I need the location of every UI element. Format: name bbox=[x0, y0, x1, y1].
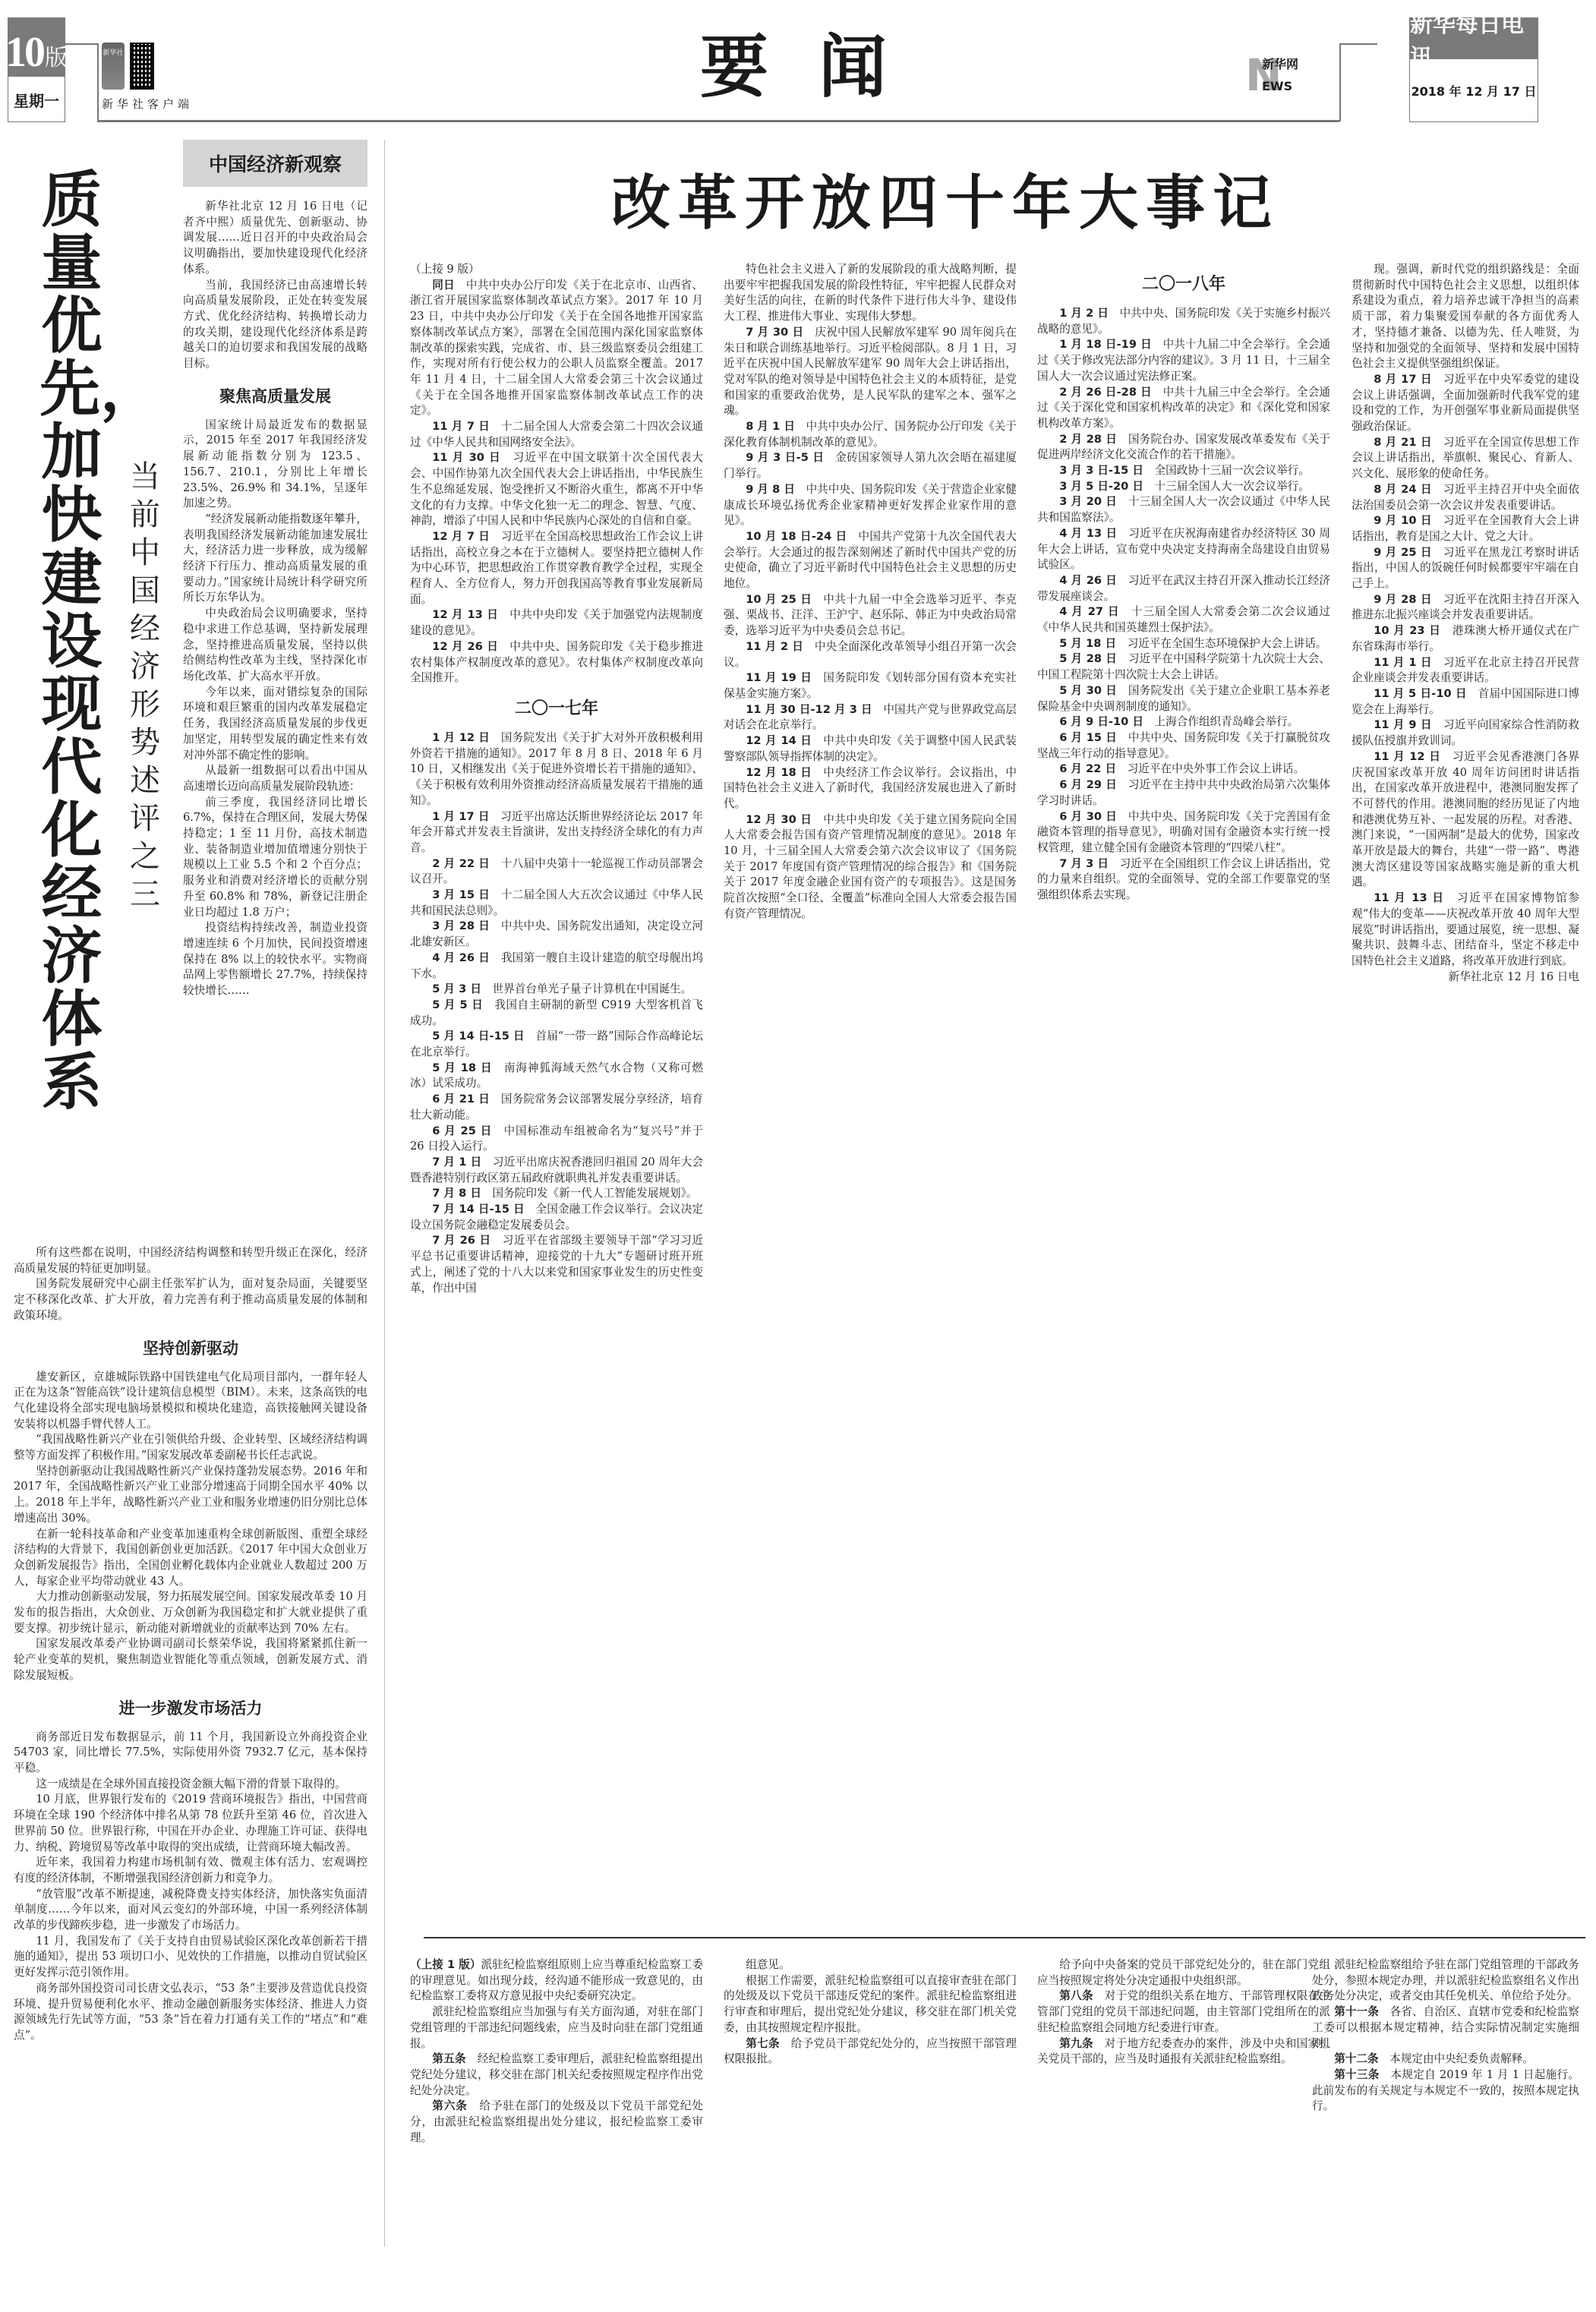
timeline-entry: 2 月 28 日 国务院台办、国家发展改革委发布《关于促进两岸经济文化交流合作的… bbox=[1037, 432, 1330, 463]
timeline-entry: 同日 中共中央办公厅印发《关于在北京市、山西省、浙江省开展国家监察体制改革试点方… bbox=[410, 278, 703, 419]
entry-date: 8 月 1 日 bbox=[746, 420, 806, 433]
article-label: 第六条 bbox=[432, 2099, 479, 2112]
entry-date: 5 月 5 日 bbox=[432, 998, 494, 1011]
entry-date: 11 月 30 日 bbox=[432, 451, 513, 464]
feature-subtitle: 当前中国经济形势述评之三 bbox=[128, 458, 162, 913]
timeline-entry: 10 月 18 日-24 日 中国共产党第十九次全国代表大会举行。大会通过的报告… bbox=[724, 529, 1017, 592]
entry-date: 6 月 15 日 bbox=[1059, 731, 1128, 744]
regulation-column-3: 给予向中央备案的党员干部党纪处分的，驻在部门党组应当按照规定将处分决定通报中央组… bbox=[1037, 1957, 1330, 2307]
paragraph: 国家统计局最近发布的数据显示，2015 年至 2017 年我国经济发展新动能指数… bbox=[183, 418, 367, 512]
timeline-entry: 5 月 14 日-15 日 首届“一带一路”国际合作高峰论坛在北京举行。 bbox=[410, 1029, 703, 1060]
timeline-entry: 12 月 7 日 习近平在全国高校思想政治工作会议上讲话指出，高校立身之本在于立… bbox=[410, 529, 703, 608]
entry-date: 6 月 30 日 bbox=[1059, 810, 1128, 823]
entry-date: 6 月 21 日 bbox=[432, 1093, 501, 1106]
timeline-entry: 11 月 5 日-10 日 首届中国国际进口博览会在上海举行。 bbox=[1352, 686, 1579, 718]
timeline-headline: 改革开放四十年大事记 bbox=[471, 166, 1420, 241]
timeline-entry: 9 月 28 日 习近平在沈阳主持召开深入推进东北振兴座谈会并发表重要讲话。 bbox=[1352, 592, 1579, 623]
entry-date: 5 月 3 日 bbox=[432, 983, 492, 995]
feature-subhead: 聚焦高质量发展 bbox=[183, 386, 367, 407]
entry-date: 9 月 3 日-5 日 bbox=[746, 451, 835, 464]
timeline-entry: 9 月 3 日-5 日 金砖国家领导人第九次会晤在福建厦门举行。 bbox=[724, 450, 1017, 481]
entry-date: 11 月 12 日 bbox=[1374, 750, 1452, 763]
timeline-entry: 12 月 13 日 中共中央印发《关于加强党内法规制度建设的意见》。 bbox=[410, 607, 703, 639]
timeline-column-1: （上接 9 版） 同日 中共中央办公厅印发《关于在北京市、山西省、浙江省开展国家… bbox=[410, 262, 703, 1894]
paragraph: 在新一轮科技革命和产业变革加速重构全球创新版图、重塑全球经济结构的大背景下，我国… bbox=[14, 1527, 367, 1590]
paper-name: 新华每日电讯 bbox=[1410, 18, 1538, 59]
timeline-entry: 6 月 22 日 习近平在中央外事工作会议上讲话。 bbox=[1037, 762, 1330, 778]
entry-date: 4 月 26 日 bbox=[1059, 574, 1128, 587]
timeline-entry: 特色社会主义进入了新的发展阶段的重大战略判断，提出要牢牢把握我国发展的阶段性特征… bbox=[724, 262, 1017, 325]
paragraph: 国家发展改革委产业协调司副司长蔡荣华说，我国将紧紧抓住新一轮产业变革的契机，聚焦… bbox=[14, 1636, 367, 1683]
article-label: 第十三条 bbox=[1334, 2068, 1390, 2081]
timeline-entry: 5 月 30 日 国务院发出《关于建立企业职工基本养老保险基金中央调剂制度的通知… bbox=[1037, 683, 1330, 714]
entry-date: 9 月 10 日 bbox=[1374, 514, 1443, 527]
paragraph: 雄安新区，京雄城际铁路中国铁建电气化局项目部内，一群年轻人正在为这条“智能高铁”… bbox=[14, 1370, 367, 1433]
weekday: 星期一 bbox=[8, 77, 65, 122]
paragraph: 前三季度，我国经济同比增长 6.7%，保持在合理区间，发展大势保持稳定；1 至 … bbox=[183, 795, 367, 921]
entry-date: 9 月 28 日 bbox=[1374, 593, 1443, 606]
section-divider bbox=[424, 1937, 1585, 1938]
entry-date: 11 月 19 日 bbox=[746, 671, 823, 684]
timeline-entry: 5 月 3 日 世界首台单光子量子计算机在中国诞生。 bbox=[410, 982, 703, 998]
timeline-entry: 12 月 14 日 中共中央印发《关于调整中国人民武装警察部队领导指挥体制的决定… bbox=[724, 733, 1017, 765]
paragraph: 派驻纪检监察组给予驻在部门党组管理的干部政务处分，参照本规定办理，并以派驻纪检监… bbox=[1312, 1957, 1579, 2004]
entry-text: 上海合作组织青岛峰会举行。 bbox=[1155, 715, 1299, 728]
timeline-entry: 11 月 9 日 习近平向国家综合性消防救援队伍授旗并致训词。 bbox=[1352, 718, 1579, 749]
timeline-entry: 11 月 30 日-12 月 3 日 中国共产党与世界政党高层对话会在北京举行。 bbox=[724, 702, 1017, 733]
entry-date: 9 月 25 日 bbox=[1374, 546, 1443, 559]
paragraph: “经济发展新动能指数逐年攀升，表明我国经济发展新动能加速发展壮大，经济活力进一步… bbox=[183, 512, 367, 606]
timeline-entry: 7 月 1 日 习近平出席庆祝香港回归祖国 20 周年大会暨香港特别行政区第五届… bbox=[410, 1155, 703, 1186]
timeline-entry: 10 月 25 日 中共十九届一中全会选举习近平、李克强、栗战书、汪洋、王沪宁、… bbox=[724, 592, 1017, 639]
timeline-entry: 3 月 15 日 十二届全国人大五次会议通过《中华人民共和国民法总则》。 bbox=[410, 888, 703, 919]
timeline-entry: 3 月 28 日 中共中央、国务院发出通知，决定设立河北雄安新区。 bbox=[410, 919, 703, 950]
timeline-entry: 6 月 15 日 中共中央、国务院印发《关于打赢脱贫攻坚战三年行动的指导意见》。 bbox=[1037, 730, 1330, 762]
timeline-entry: 4 月 26 日 习近平在武汉主持召开深入推动长江经济带发展座谈会。 bbox=[1037, 573, 1330, 604]
xinhua-app-logo-icon: 新华社 bbox=[102, 43, 125, 90]
timeline-entry: 11 月 7 日 十二届全国人大常委会第二十四次会议通过《中华人民共和国网络安全… bbox=[410, 419, 703, 450]
entry-date: 3 月 5 日-20 日 bbox=[1059, 480, 1154, 493]
entry-date: 7 月 14 日-15 日 bbox=[432, 1203, 535, 1216]
entry-date: 1 月 18 日-19 日 bbox=[1059, 338, 1162, 351]
feature-subhead: 进一步激发市场活力 bbox=[14, 1698, 367, 1719]
timeline-entry: 11 月 13 日 习近平在国家博物馆参观“伟大的变革——庆祝改革开放 40 周… bbox=[1352, 891, 1579, 970]
entry-date: 11 月 30 日-12 月 3 日 bbox=[746, 703, 883, 716]
feature-column-wide: 所有这些都在说明，中国经济结构调整和转型升级正在深化，经济高质量发展的特征更加明… bbox=[14, 1245, 367, 2308]
qr-code-icon bbox=[130, 43, 154, 90]
entry-date: 7 月 1 日 bbox=[432, 1156, 493, 1169]
timeline-entry: 2 月 26 日-28 日 中共十九届三中全会举行。全会通过《关于深化党和国家机… bbox=[1037, 385, 1330, 432]
timeline-entry: 4 月 13 日 习近平在庆祝海南建省办经济特区 30 周年大会上讲话，宣布党中… bbox=[1037, 526, 1330, 573]
entry-text: 十三届全国人大一次会议举行。 bbox=[1155, 480, 1310, 493]
timeline-entry: 10 月 23 日 港珠澳大桥开通仪式在广东省珠海市举行。 bbox=[1352, 623, 1579, 654]
timeline-entry: 1 月 12 日 国务院发出《关于扩大对外开放积极利用外资若干措施的通知》。20… bbox=[410, 730, 703, 809]
app-logo-text: 新华社 bbox=[103, 49, 123, 57]
year-heading: 二〇一七年 bbox=[410, 699, 703, 720]
entry-date: 6 月 29 日 bbox=[1059, 778, 1128, 791]
paragraph: 第五条 经纪检监察工委审理后，派驻纪检监察组提出党纪处分建议，移交驻在部门机关纪… bbox=[410, 2052, 703, 2099]
entry-date: 1 月 17 日 bbox=[432, 810, 500, 823]
entry-date: 11 月 7 日 bbox=[432, 420, 501, 433]
entry-date: 11 月 2 日 bbox=[746, 640, 815, 653]
entry-date: 5 月 30 日 bbox=[1059, 684, 1128, 697]
entry-date: 5 月 14 日-15 日 bbox=[432, 1030, 535, 1042]
entry-date: 5 月 28 日 bbox=[1059, 652, 1128, 665]
entry-text: 习近平在中央外事工作会议上讲话。 bbox=[1128, 762, 1305, 775]
timeline-column-3: 二〇一八年 1 月 2 日 中共中央、国务院印发《关于实施乡村振兴战略的意见》。… bbox=[1037, 262, 1330, 1894]
entry-text: 组意见。 bbox=[746, 1958, 790, 1971]
paragraph: 近年来，我国着力构建市场机制有效、微观主体有活力、宏观调控有度的经济体制，不断增… bbox=[14, 1855, 367, 1886]
feature-lead: 新华社北京 12 月 16 日电（记者齐中熙）质量优先、创新驱动、协调发展……近… bbox=[183, 199, 367, 278]
entry-date: 11 月 1 日 bbox=[1374, 656, 1443, 669]
timeline-entry: 11 月 1 日 习近平在北京主持召开民营企业座谈会并发表重要讲话。 bbox=[1352, 655, 1579, 686]
entry-date: 8 月 17 日 bbox=[1374, 373, 1443, 386]
paragraph: 这一成绩是在全球外国直接投资金额大幅下滑的背景下取得的。 bbox=[14, 1777, 367, 1793]
timeline-entry: 9 月 10 日 习近平在全国教育大会上讲话指出，教育是国之大计、党之大计。 bbox=[1352, 513, 1579, 544]
entry-date: 7 月 8 日 bbox=[432, 1187, 492, 1200]
edition-number-value: 10 bbox=[5, 31, 43, 74]
timeline-entry: 12 月 18 日 中央经济工作会议举行。会议指出，中国特色社会主义进入了新时代… bbox=[724, 765, 1017, 812]
entry-date: 12 月 18 日 bbox=[746, 766, 823, 779]
feature-column-narrow: 新华社北京 12 月 16 日电（记者齐中熙）质量优先、创新驱动、协调发展……近… bbox=[183, 199, 367, 1232]
article-label: 第八条 bbox=[1059, 1989, 1105, 2002]
paragraph: 所有这些都在说明，中国经济结构调整和转型升级正在深化，经济高质量发展的特征更加明… bbox=[14, 1245, 367, 1276]
entry-date: 12 月 7 日 bbox=[432, 530, 501, 543]
paper-box: 新华每日电讯 2018 年 12 月 17 日 bbox=[1409, 17, 1538, 122]
timeline-entry: 6 月 25 日 中国标准动车组被命名为“复兴号”并于 26 日投入运行。 bbox=[410, 1124, 703, 1155]
timeline-entry: 5 月 18 日 南海神狐海域天然气水合物（又称可燃冰）试采成功。 bbox=[410, 1061, 703, 1092]
regulation-column-1: （上接 1 版）派驻纪检监察组原则上应当尊重纪检监察工委的审理意见。如出现分歧，… bbox=[410, 1957, 703, 2307]
paragraph: 第十一条 各省、自治区、直辖市党委和纪检监察工委可以根据本规定精神，结合实际情况… bbox=[1312, 2004, 1579, 2052]
timeline-entry: 7 月 26 日 习近平在省部级主要领导干部“学习习近平总书记重要讲话精神，迎接… bbox=[410, 1233, 703, 1296]
paragraph: 第十三条 本规定自 2019 年 1 月 1 日起施行。此前发布的有关规定与本规… bbox=[1312, 2068, 1579, 2115]
entry-text: 现。强调，新时代党的组织路线是：全面贯彻新时代中国特色社会主义思想，以组织体系建… bbox=[1352, 263, 1579, 370]
article-label: 第九条 bbox=[1059, 2037, 1105, 2050]
paragraph: “放管服”改革不断提速，减税降费支持实体经济，加快落实负面清单制度……今年以来，… bbox=[14, 1887, 367, 1934]
paragraph: 商务部近日发布数据显示，前 11 个月，我国新设立外商投资企业 54703 家，… bbox=[14, 1730, 367, 1777]
entry-date: 11 月 5 日-10 日 bbox=[1374, 687, 1478, 700]
entry-date: 6 月 25 日 bbox=[432, 1124, 503, 1137]
paragraph: 第六条 给予驻在部门的处级及以下党员干部党纪处分，由派驻纪检监察组提出处分建议，… bbox=[410, 2099, 703, 2146]
article-label: 第十二条 bbox=[1334, 2052, 1389, 2065]
masthead-rule bbox=[1339, 43, 1377, 45]
logo-cn: 新华网 bbox=[1262, 55, 1298, 72]
paragraph: 投资结构持续改善，制造业投资增速连续 6 个月加快，民间投资增速保持在 8% 以… bbox=[183, 920, 367, 999]
app-caption: 新华社客户端 bbox=[102, 96, 193, 112]
paragraph: 大力推动创新驱动发展，努力拓展发展空间。国家发展改革委 10 月发布的报告指出，… bbox=[14, 1589, 367, 1636]
timeline-entry: 1 月 17 日 习近平出席达沃斯世界经济论坛 2017 年年会开幕式并发表主旨… bbox=[410, 809, 703, 856]
timeline-entry: 5 月 28 日 习近平在中国科学院第十九次院士大会、中国工程院第十四次院士大会… bbox=[1037, 651, 1330, 683]
paragraph: 派驻纪检监察组应当加强与有关方面沟通，对驻在部门党组管理的干部违纪问题线索，应当… bbox=[410, 2004, 703, 2052]
entry-date: 4 月 27 日 bbox=[1059, 605, 1131, 618]
year-heading: 二〇一八年 bbox=[1037, 274, 1330, 295]
regulation-column-2: 组意见。根据工作需要，派驻纪检监察组可以直接审查驻在部门的处级及以下党员干部违反… bbox=[724, 1957, 1017, 2307]
entry-date: 12 月 14 日 bbox=[746, 734, 823, 747]
section-title: 要 bbox=[700, 29, 768, 105]
timeline-entry: 11 月 30 日 习近平在中国文联第十次全国代表大会、中国作协第九次全国代表大… bbox=[410, 450, 703, 529]
paragraph: 第十二条 本规定由中央纪委负责解释。 bbox=[1312, 2052, 1579, 2068]
paragraph: 第七条 给予党员干部党纪处分的，应当按照干部管理权限报批。 bbox=[724, 2036, 1017, 2068]
timeline-entry: 8 月 17 日 习近平在中央军委党的建设会议上讲话强调，全面加强新时代我军党的… bbox=[1352, 372, 1579, 435]
entry-date: 1 月 12 日 bbox=[432, 731, 501, 744]
entry-date: 8 月 21 日 bbox=[1374, 436, 1443, 449]
article-label: 第七条 bbox=[746, 2037, 791, 2050]
timeline-entry: 3 月 20 日 十三届全国人大一次会议通过《中华人民共和国监察法》。 bbox=[1037, 494, 1330, 525]
timeline-entry: 新华社北京 12 月 16 日电 bbox=[1352, 970, 1579, 986]
entry-date: 10 月 18 日-24 日 bbox=[746, 530, 858, 543]
entry-date: 5 月 18 日 bbox=[432, 1061, 504, 1074]
timeline-entry: 4 月 27 日 十三届全国人大常委会第二次会议通过《中华人民共和国英雄烈士保护… bbox=[1037, 604, 1330, 636]
timeline-entry: 2 月 22 日 十八届中央第十一轮巡视工作动员部署会议召开。 bbox=[410, 856, 703, 888]
edition-box: 10 版 星期一 bbox=[8, 17, 65, 122]
regulation-column-4: 派驻纪检监察组给予驻在部门党组管理的干部政务处分，参照本规定办理，并以派驻纪检监… bbox=[1312, 1957, 1579, 2307]
entry-text: 派驻纪检监察组给予驻在部门党组管理的干部政务处分，参照本规定办理，并以派驻纪检监… bbox=[1312, 1958, 1579, 2002]
entry-text: 国务院印发《新一代人工智能发展规划》。 bbox=[493, 1187, 698, 1200]
entry-date: 1 月 2 日 bbox=[1059, 307, 1119, 320]
entry-text: 世界首台单光子量子计算机在中国诞生。 bbox=[493, 983, 692, 995]
paragraph: 11 月，我国发布了《关于支持自由贸易试验区深化改革创新若干措施的通知》，提出 … bbox=[14, 1934, 367, 1981]
timeline-column-2: 特色社会主义进入了新的发展阶段的重大战略判断，提出要牢牢把握我国发展的阶段性特征… bbox=[724, 262, 1017, 1894]
timeline-entry: 8 月 24 日 习近平主持召开中央全面依法治国委员会第一次会议并发表重要讲话。 bbox=[1352, 482, 1579, 513]
logo-en: EWS bbox=[1262, 79, 1292, 93]
paragraph: 第八条 对于党的组织关系在地方、干部管理权限在主管部门党组的党员干部违纪问题，由… bbox=[1037, 1989, 1330, 2036]
entry-date: 9 月 8 日 bbox=[746, 483, 806, 496]
column-divider bbox=[384, 140, 385, 2247]
entry-date: 11 月 13 日 bbox=[1374, 891, 1457, 904]
timeline-entry: 12 月 26 日 中共中央、国务院印发《关于稳步推进农村集体产权制度改革的意见… bbox=[410, 639, 703, 686]
timeline-entry: 12 月 30 日 中共中央印发《关于建立国务院向全国人大常委会报告国有资产管理… bbox=[724, 812, 1017, 923]
entry-text: 庆祝中国人民解放军建军 90 周年阅兵在朱日和联合训练基地举行。习近平检阅部队。… bbox=[724, 326, 1017, 418]
paragraph: 从最新一组数据可以看出中国从高速增长迈向高质量发展阶段轨迹： bbox=[183, 763, 367, 794]
paragraph: 商务部外国投资司司长唐文弘表示，“53 条”主要涉及营造优良投资环境、提升贸易便… bbox=[14, 1981, 367, 2044]
entry-text: 中共中央印发《关于建立国务院向全国人大常委会报告国有资产管理情况制度的意见》。2… bbox=[724, 813, 1017, 920]
timeline-entry: 6 月 29 日 习近平在主持中共中央政治局第六次集体学习时讲话。 bbox=[1037, 778, 1330, 809]
timeline-entry: 8 月 1 日 中共中央办公厅、国务院办公厅印发《关于深化教育体制机制改革的意见… bbox=[724, 419, 1017, 450]
timeline-entry: 3 月 5 日-20 日 十三届全国人大一次会议举行。 bbox=[1037, 479, 1330, 495]
timeline-entry: 9 月 25 日 习近平在黑龙江考察时讲话指出，中国人的饭碗任何时候都要牢牢端在… bbox=[1352, 545, 1579, 592]
timeline-entry: 7 月 30 日 庆祝中国人民解放军建军 90 周年阅兵在朱日和联合训练基地举行… bbox=[724, 325, 1017, 419]
timeline-column-4: 现。强调，新时代党的组织路线是：全面贯彻新时代中国特色社会主义思想，以组织体系建… bbox=[1352, 262, 1579, 1894]
timeline-entry: 7 月 3 日 习近平在全国组织工作会议上讲话指出，党的力量来自组织。党的全面领… bbox=[1037, 856, 1330, 904]
entry-date: 11 月 9 日 bbox=[1374, 718, 1443, 731]
timeline-entry: 6 月 30 日 中共中央、国务院印发《关于完善国有金融资本管理的指导意见》，明… bbox=[1037, 809, 1330, 856]
entry-date: 2 月 26 日-28 日 bbox=[1059, 386, 1162, 399]
entry-text: 中共中央办公厅印发《关于在北京市、山西省、浙江省开展国家监察体制改革试点方案》。… bbox=[410, 279, 703, 418]
paragraph: 组意见。 bbox=[724, 1957, 1017, 1973]
timeline-entry: 现。强调，新时代党的组织路线是：全面贯彻新时代中国特色社会主义思想，以组织体系建… bbox=[1352, 262, 1579, 372]
entry-date: 7 月 3 日 bbox=[1059, 857, 1119, 870]
article-label: 第十一条 bbox=[1334, 2005, 1389, 2018]
entry-date: 2 月 28 日 bbox=[1059, 433, 1128, 446]
continued-from: （上接 1 版） bbox=[410, 1958, 481, 1971]
paragraph: 国务院发展研究中心副主任张军扩认为，面对复杂局面，关键要坚定不移深化改革、扩大开… bbox=[14, 1276, 367, 1323]
timeline-entry: 4 月 26 日 我国第一艘自主设计建造的航空母舰出坞下水。 bbox=[410, 951, 703, 982]
article-label: 第五条 bbox=[432, 2052, 478, 2065]
entry-date: 6 月 22 日 bbox=[1059, 762, 1128, 775]
timeline-entry: 3 月 3 日-15 日 全国政协十三届一次会议举行。 bbox=[1037, 463, 1330, 479]
masthead-rule bbox=[65, 43, 97, 45]
entry-text: 给予向中央备案的党员干部党纪处分的，驻在部门党组应当按照规定将处分决定通报中央组… bbox=[1037, 1958, 1330, 1987]
entry-date: 10 月 25 日 bbox=[746, 593, 823, 606]
entry-date: 3 月 3 日-15 日 bbox=[1059, 464, 1154, 477]
entry-date: 同日 bbox=[432, 279, 466, 292]
entry-text: 特色社会主义进入了新的发展阶段的重大战略判断，提出要牢牢把握我国发展的阶段性特征… bbox=[724, 263, 1017, 323]
paragraph: 当前，我国经济已由高速增长转向高质量发展阶段，正处在转变发展方式、优化经济结构、… bbox=[183, 278, 367, 372]
timeline-entry: 9 月 8 日 中共中央、国务院印发《关于营造企业家健康成长环境弘扬优秀企业家精… bbox=[724, 482, 1017, 529]
entry-date: 2 月 22 日 bbox=[432, 857, 501, 870]
paragraph: “我国战略性新兴产业在引领供给升级、企业转型、区域经济结构调整等方面发挥了积极作… bbox=[14, 1432, 367, 1463]
masthead-rule bbox=[97, 43, 99, 121]
entry-date: 12 月 26 日 bbox=[432, 640, 509, 653]
timeline-entry: 6 月 9 日-10 日 上海合作组织青岛峰会举行。 bbox=[1037, 714, 1330, 730]
entry-text: 习近平会见香港澳门各界庆祝国家改革开放 40 周年访问团时讲话指出，在国家改革开… bbox=[1352, 750, 1579, 889]
paragraph: 第九条 对于地方纪委查办的案件，涉及中央和国家机关党员干部的，应当及时通报有关派… bbox=[1037, 2036, 1330, 2068]
edition-suffix: 版 bbox=[45, 43, 68, 74]
entry-date: 6 月 9 日-10 日 bbox=[1059, 715, 1154, 728]
entry-text: 习近平在全国生态环境保护大会上讲话。 bbox=[1128, 637, 1327, 650]
timeline-entry: 11 月 2 日 中央全面深化改革领导小组召开第一次会议。 bbox=[724, 639, 1017, 670]
continued-from: （上接 9 版） bbox=[410, 262, 703, 278]
entry-date: 12 月 13 日 bbox=[432, 608, 509, 621]
entry-date: 10 月 23 日 bbox=[1374, 624, 1452, 637]
timeline-entry: 7 月 14 日-15 日 全国金融工作会议举行。会议决定设立国务院金融稳定发展… bbox=[410, 1202, 703, 1233]
entry-date: 3 月 28 日 bbox=[432, 919, 501, 932]
entry-date: 4 月 13 日 bbox=[1059, 527, 1128, 540]
entry-date: 4 月 26 日 bbox=[432, 951, 501, 964]
column-kicker: 中国经济新观察 bbox=[183, 140, 367, 187]
masthead-rule bbox=[1339, 43, 1341, 121]
entry-text: 根据工作需要，派驻纪检监察组可以直接审查驻在部门的处级及以下党员干部违反党纪的案… bbox=[724, 1974, 1017, 2034]
entry-text: 新华社北京 12 月 16 日电 bbox=[1449, 970, 1579, 983]
timeline-entry: 5 月 5 日 我国自主研制的新型 C919 大型客机首飞成功。 bbox=[410, 998, 703, 1029]
entry-text: 派驻纪检监察组应当加强与有关方面沟通，对驻在部门党组管理的干部违纪问题线索，应当… bbox=[410, 2005, 703, 2049]
paragraph: 坚持创新驱动让我国战略性新兴产业保持蓬勃发展态势。2016 年和 2017 年，… bbox=[14, 1464, 367, 1527]
edition-number: 10 版 bbox=[8, 18, 65, 77]
timeline-entry: 5 月 18 日 习近平在全国生态环境保护大会上讲话。 bbox=[1037, 636, 1330, 652]
entry-date: 3 月 20 日 bbox=[1059, 495, 1128, 508]
entry-date: 7 月 30 日 bbox=[746, 326, 815, 339]
entry-date: 5 月 18 日 bbox=[1059, 637, 1128, 650]
timeline-entry: 1 月 18 日-19 日 中共十九届二中全会举行。全会通过《关于修改宪法部分内… bbox=[1037, 337, 1330, 384]
timeline-entry: 7 月 8 日 国务院印发《新一代人工智能发展规划》。 bbox=[410, 1186, 703, 1202]
paragraph: 中央政治局会议明确要求，坚持稳中求进工作总基调，坚持新发展理念，坚持推进高质量发… bbox=[183, 606, 367, 685]
paragraph: 根据工作需要，派驻纪检监察组可以直接审查驻在部门的处级及以下党员干部违反党纪的案… bbox=[724, 1973, 1017, 2036]
entry-date: 8 月 24 日 bbox=[1374, 483, 1443, 496]
timeline-entry: 11 月 19 日 国务院印发《划转部分国有资本充实社保基金实施方案》。 bbox=[724, 670, 1017, 702]
paragraph: 今年以来，面对错综复杂的国际环境和艰巨繁重的国内改革发展稳定任务，我国经济高质量… bbox=[183, 685, 367, 764]
feature-subhead: 坚持创新驱动 bbox=[14, 1338, 367, 1359]
paragraph: （上接 1 版）派驻纪检监察组原则上应当尊重纪检监察工委的审理意见。如出现分歧，… bbox=[410, 1957, 703, 2004]
entry-date: 7 月 26 日 bbox=[432, 1234, 503, 1247]
timeline-entry: 11 月 12 日 习近平会见香港澳门各界庆祝国家改革开放 40 周年访问团时讲… bbox=[1352, 749, 1579, 891]
timeline-entry: 8 月 21 日 习近平在全国宣传思想工作会议上讲话指出，举旗帜、聚民心、育新人… bbox=[1352, 435, 1579, 482]
entry-text: 本规定由中央纪委负责解释。 bbox=[1389, 2052, 1534, 2065]
entry-date: 3 月 15 日 bbox=[432, 888, 501, 901]
section-title: 闻 bbox=[819, 29, 887, 105]
timeline-entry: 1 月 2 日 中共中央、国务院印发《关于实施乡村振兴战略的意见》。 bbox=[1037, 306, 1330, 337]
paragraph: 给予向中央备案的党员干部党纪处分的，驻在部门党组应当按照规定将处分决定通报中央组… bbox=[1037, 1957, 1330, 1989]
feature-headline: 质量优先，加快建设现代化经济体系 bbox=[39, 169, 104, 1114]
paragraph: 10 月底，世界银行发布的《2019 营商环境报告》指出，中国营商环境在全球 1… bbox=[14, 1792, 367, 1855]
timeline-entry: 6 月 21 日 国务院常务会议部署发展分享经济，培育壮大新动能。 bbox=[410, 1092, 703, 1123]
entry-text: 全国政协十三届一次会议举行。 bbox=[1155, 464, 1310, 477]
masthead-rule bbox=[97, 120, 1339, 122]
entry-date: 12 月 30 日 bbox=[746, 813, 823, 826]
xinhuanet-logo-icon: N 新华网 EWS bbox=[1245, 53, 1306, 99]
